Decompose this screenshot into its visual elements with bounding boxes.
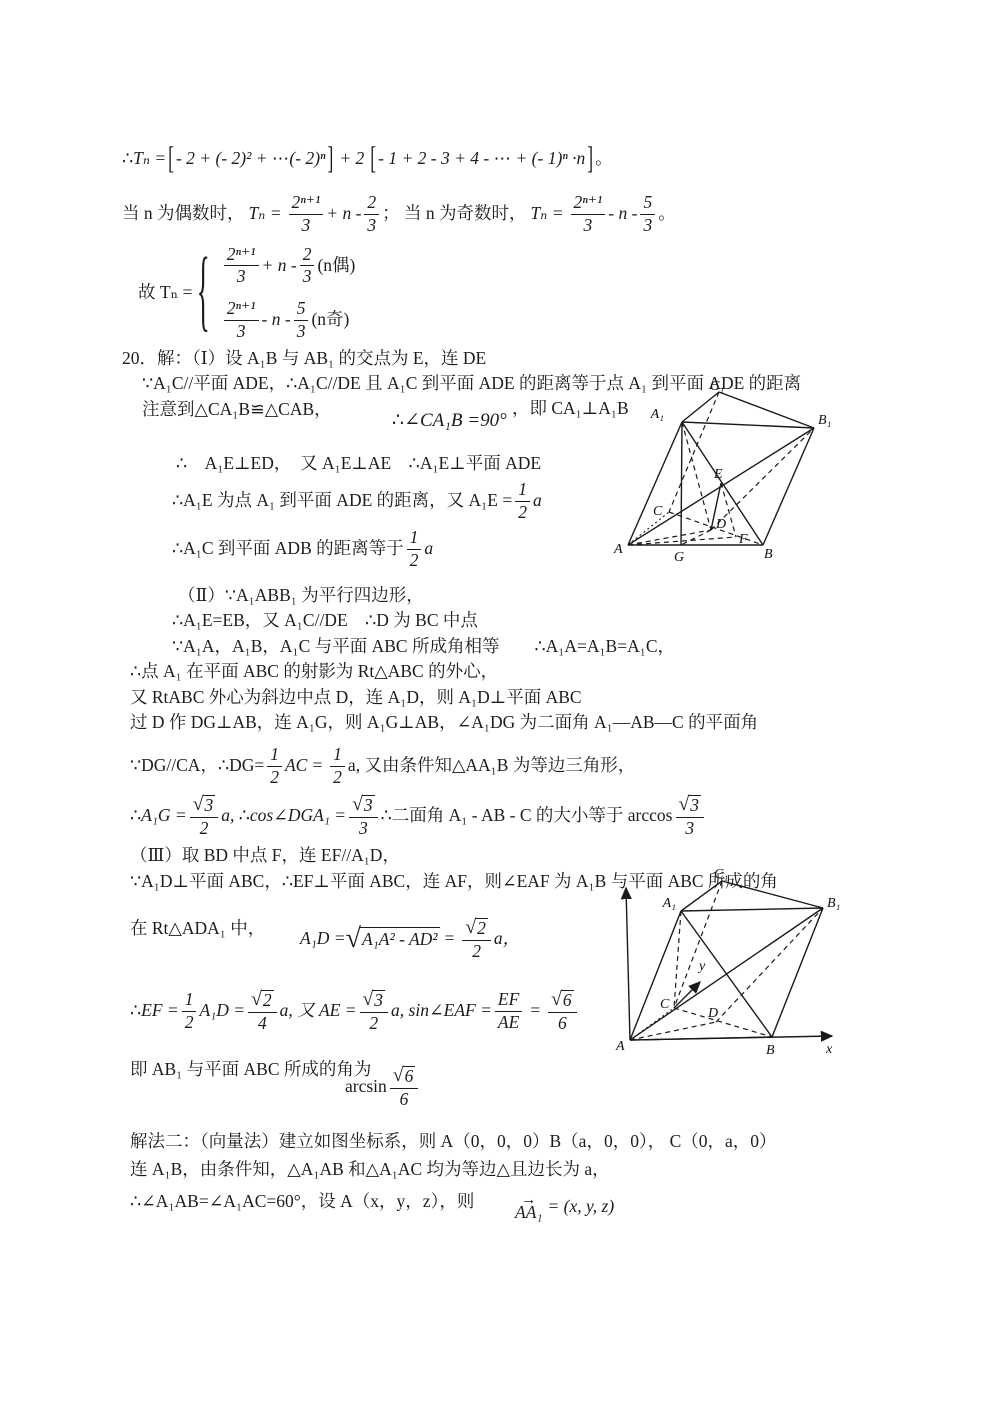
frac-den: 3: [302, 215, 311, 236]
prism-2-solid-edges: [630, 881, 823, 1040]
math-run: 。: [595, 147, 613, 171]
fraction: √33: [349, 794, 378, 839]
frac-num: 2: [364, 193, 379, 215]
line-ab1-angle: 即 AB₁ 与平面 ABC 所成的角为: [130, 1058, 371, 1082]
vertex-label-c: C: [653, 504, 663, 519]
frac-den: 3: [359, 818, 368, 839]
text-run: a, 又由条件知△AA₁B 为等边三角形，: [348, 754, 635, 778]
right-bracket: ]: [328, 138, 334, 181]
math-run: a: [424, 537, 433, 561]
line-dihedral-result: ∴A₁G = √32 a, ∴cos∠DGA₁ = √33 ∴二面角 A₁ - …: [130, 793, 707, 839]
axis-label-y: y: [697, 959, 706, 974]
line-method2: 解法二：（向量法）建立如图坐标系，则 A（0，0，0）B（a，0，0）， C（0…: [130, 1130, 777, 1154]
fraction: √33: [676, 794, 705, 839]
frac-den: 2: [410, 550, 419, 571]
frac-num: EF: [495, 990, 522, 1012]
fraction: 2ⁿ⁺¹3: [289, 193, 324, 235]
vertex-label-a1: A₁: [662, 896, 676, 911]
fraction: 12: [407, 528, 422, 570]
line-rt-triangle: 在 Rt△ADA₁ 中，: [130, 917, 265, 941]
fraction: EFAE: [495, 990, 522, 1032]
math-run: =: [311, 754, 323, 778]
axis-label-x: x: [825, 1042, 833, 1057]
fraction: 2ⁿ⁺¹3: [224, 299, 259, 341]
line-angle-90: ∴∠CA₁B =90°: [392, 408, 507, 434]
line-tn-sum: ∴Tₙ = [ - 2 + (- 2)² + ⋯(- 2)ⁿ ] + 2 [ -…: [122, 142, 613, 176]
line-a1d-formula: A₁D = √ A₁A² - AD² = √22 a，: [300, 914, 520, 964]
case-even: 2ⁿ⁺¹3 + n - 23 (n偶): [221, 245, 356, 287]
case-tag: (n奇): [311, 308, 349, 332]
math-run: + n -: [262, 254, 297, 278]
line-q20-start: 20．解：（Ⅰ）设 A₁B 与 AB₁ 的交点为 E，连 DE: [122, 347, 486, 371]
line-ef-sin: ∴EF = 12 A₁D = √24 a, 又 AE = √32 a, sin∠…: [130, 988, 580, 1034]
sqrt-radicand: 2: [261, 990, 274, 1011]
line-projection: ∴点 A₁ 在平面 ABC 的射影为 Rt△ABC 的外心，: [130, 660, 498, 684]
frac-den: 2: [185, 1012, 194, 1033]
math-run: =: [529, 999, 541, 1023]
frac-den: 2: [518, 502, 527, 523]
prism-1-dotted-edges: [628, 512, 669, 545]
frac-num: 2ⁿ⁺¹: [289, 193, 324, 215]
vector-aa1: → AA₁: [515, 1194, 542, 1220]
frac-den: 2: [472, 941, 481, 962]
sqrt-radicand: 3: [688, 795, 701, 816]
frac-num: √3: [676, 794, 705, 818]
text-run: ∵DG//CA，∴DG=: [130, 754, 264, 778]
vertex-label-b1: B₁: [827, 896, 840, 911]
fraction: 53: [640, 193, 655, 235]
vertex-label-d: D: [715, 517, 726, 532]
fraction: 53: [294, 299, 309, 341]
vertex-label-c: C: [660, 997, 670, 1012]
frac-den: 3: [685, 818, 694, 839]
math-run: + n -: [326, 202, 361, 226]
line-arcsin: arcsin √66: [345, 1063, 421, 1111]
math-run: + 2: [339, 147, 364, 171]
vertex-label-g: G: [674, 550, 684, 565]
math-run: - 2 + (- 2)² + ⋯(- 2)ⁿ: [176, 147, 326, 171]
text-run: ∴二面角 A₁ - AB - C 的大小等于 arccos: [381, 804, 673, 828]
math-run: a, ∴cos∠DGA₁ =: [221, 804, 346, 828]
math-run: - 1 + 2 - 3 + 4 - ⋯ + (- 1)ⁿ ·n: [378, 147, 585, 171]
prism-diagram-2: A₁ B₁ C₁ C D A B x y: [596, 856, 856, 1064]
fraction: √24: [248, 989, 277, 1034]
prism-diagram-1: A₁ B₁ C₁ E C D F A G B: [598, 378, 848, 570]
fraction: √32: [190, 794, 219, 839]
frac-num: 2ⁿ⁺¹: [224, 299, 259, 321]
math-run: ∴A₁G =: [130, 804, 187, 828]
frac-num: 1: [267, 745, 282, 767]
case-odd: 2ⁿ⁺¹3 - n - 53 (n奇): [221, 299, 356, 341]
fraction: √66: [548, 989, 577, 1034]
fraction: √66: [390, 1065, 419, 1110]
vertex-label-c1: C₁: [714, 867, 728, 882]
sqrt-sign: √: [346, 925, 361, 953]
line-equal-angles: ∵A₁A，A₁B，A₁C 与平面 ABC 所成角相等 ∴A₁A=A₁B=A₁C，: [172, 635, 675, 659]
vertex-label-b1: B₁: [818, 413, 831, 428]
frac-den: 2: [200, 818, 209, 839]
vertex-label-a1: A₁: [650, 407, 664, 422]
frac-num: √6: [548, 989, 577, 1013]
line-equilateral: 连 A₁B，由条件知，△A₁AB 和△A₁AC 均为等边△且边长为 a，: [130, 1158, 610, 1182]
frac-num: 2ⁿ⁺¹: [571, 193, 606, 215]
text-run: 当 n 为偶数时，: [122, 202, 245, 226]
fraction: 23: [364, 193, 379, 235]
frac-den: 6: [558, 1013, 567, 1034]
vertex-label-a: A: [615, 1039, 625, 1054]
frac-num: 5: [294, 299, 309, 321]
frac-num: 5: [640, 193, 655, 215]
line-congruent: 注意到△CA₁B≌△CAB，: [142, 398, 332, 422]
line-cases-block: 故 Tₙ = { 2ⁿ⁺¹3 + n - 23 (n偶) 2ⁿ⁺¹3 - n -…: [138, 246, 355, 340]
fraction: 23: [300, 245, 315, 287]
frac-den: 2: [270, 767, 279, 788]
frac-num: √2: [462, 917, 491, 941]
sqrt-radicand: 3: [203, 795, 216, 816]
frac-den: 3: [297, 321, 306, 342]
frac-den: 2: [369, 1013, 378, 1034]
line-vector-aa1: → AA₁ = (x, y, z): [510, 1186, 614, 1228]
frac-num: 2: [300, 245, 315, 267]
frac-den: 3: [303, 266, 312, 287]
line-a1e-distance: ∴A₁E 为点 A₁ 到平面 ADE 的距离，又 A₁E = 12 a: [172, 479, 542, 523]
case-brace: {: [197, 231, 210, 355]
frac-den: 3: [584, 215, 593, 236]
math-run: ∴EF =: [130, 999, 179, 1023]
case-tag: (n偶): [317, 254, 355, 278]
line-part3: （Ⅲ）取 BD 中点 F，连 EF//A₁D，: [130, 844, 400, 868]
math-run: = (x, y, z): [547, 1195, 614, 1219]
prism-2-hidden-edges: [630, 881, 823, 1040]
cases: 2ⁿ⁺¹3 + n - 23 (n偶) 2ⁿ⁺¹3 - n - 53 (n奇): [221, 245, 356, 341]
line-a1e-perp: ∴ A₁E⊥ED， 又 A₁E⊥AE ∴A₁E⊥平面 ADE: [176, 452, 541, 476]
math-run: AA₁: [515, 1205, 542, 1220]
line-d-midpoint: ∴A₁E=EB，又 A₁C//DE ∴D 为 BC 中点: [172, 609, 478, 633]
math-run: A₁D =: [199, 999, 245, 1023]
math-run: ∴Tₙ =: [122, 147, 166, 171]
line-a1c-distance: ∴A₁C 到平面 ADB 的距离等于 12 a: [172, 527, 433, 571]
math-run: - n -: [262, 308, 291, 332]
math-run: Tₙ =: [249, 202, 282, 226]
sqrt-radicand: 3: [372, 990, 385, 1011]
math-run: a，: [494, 927, 520, 951]
sqrt-radicand: 6: [403, 1066, 416, 1087]
sqrt-radicand: 3: [362, 795, 375, 816]
frac-den: 3: [367, 215, 376, 236]
frac-den: 3: [643, 215, 652, 236]
frac-num: √6: [390, 1065, 419, 1089]
vertex-label-c1: C₁: [710, 379, 724, 394]
line-part2: （Ⅱ）∵A₁ABB₁ 为平行四边形，: [178, 584, 424, 608]
line-dihedral-setup: 过 D 作 DG⊥AB，连 A₁G，则 A₁G⊥AB，∠A₁DG 为二面角 A₁…: [130, 711, 758, 735]
frac-num: 1: [407, 528, 422, 550]
math-run: a, sin∠EAF =: [391, 999, 492, 1023]
frac-num: √3: [190, 794, 219, 818]
line-60deg: ∴∠A₁AB=∠A₁AC=60°，设 A（x，y，z），则: [130, 1190, 474, 1214]
line-dg-parallel: ∵DG//CA，∴DG= 12 AC = 12 a, 又由条件知△AA₁B 为等…: [130, 744, 635, 788]
text-run: 。: [658, 202, 676, 226]
vertex-label-b: B: [766, 1043, 775, 1058]
vertex-label-f: F: [738, 532, 748, 547]
line-circumcenter: 又 RtABC 外心为斜边中点 D，连 A₁D，则 A₁D⊥平面 ABC: [130, 686, 582, 710]
frac-den: 2: [333, 767, 342, 788]
fraction: √22: [462, 917, 491, 962]
frac-num: 1: [330, 745, 345, 767]
sqrt-radicand: 2: [475, 918, 488, 939]
vertex-label-d: D: [707, 1006, 718, 1021]
math-run: Tₙ =: [531, 202, 564, 226]
math-run: A₁D =: [300, 927, 346, 951]
fraction: 12: [182, 990, 197, 1032]
text-run: ∴A₁C 到平面 ADB 的距离等于: [172, 537, 404, 561]
frac-den: 4: [258, 1013, 267, 1034]
math-run: a, 又 AE =: [280, 999, 357, 1023]
frac-num: √2: [248, 989, 277, 1013]
fraction: 12: [267, 745, 282, 787]
text-run: ∴A₁E 为点 A₁ 到平面 ADE 的距离，又 A₁E =: [172, 489, 512, 513]
left-bracket: [: [370, 138, 376, 181]
frac-den: 6: [400, 1089, 409, 1110]
frac-den: 3: [237, 266, 246, 287]
left-bracket: [: [168, 138, 174, 181]
frac-num: √3: [360, 989, 389, 1013]
fraction: 2ⁿ⁺¹3: [224, 245, 259, 287]
vertex-label-e: E: [713, 467, 723, 482]
fraction: 12: [330, 745, 345, 787]
math-run: arcsin: [345, 1075, 387, 1099]
vertex-label-a: A: [613, 542, 623, 557]
math-run: =: [444, 927, 456, 951]
math-run: AC: [285, 754, 307, 778]
fraction: 12: [515, 480, 530, 522]
frac-num: 2ⁿ⁺¹: [224, 245, 259, 267]
document-page: ∴Tₙ = [ - 2 + (- 2)² + ⋯(- 2)ⁿ ] + 2 [ -…: [0, 0, 1000, 1415]
math-run: a: [533, 489, 542, 513]
right-bracket: ]: [587, 138, 593, 181]
frac-den: 3: [237, 321, 246, 342]
sqrt-radicand: A₁A² - AD²: [360, 927, 440, 952]
frac-num: √3: [349, 794, 378, 818]
frac-num: 1: [515, 480, 530, 502]
frac-num: 1: [182, 990, 197, 1012]
text-run: 故 Tₙ =: [138, 281, 192, 305]
text-run: ； 当 n 为奇数时，: [382, 202, 526, 226]
frac-den: AE: [498, 1012, 519, 1033]
sqrt-radicand: 6: [561, 990, 574, 1011]
math-run: - n -: [608, 202, 637, 226]
vertex-label-b: B: [764, 547, 773, 562]
fraction: 2ⁿ⁺¹3: [571, 193, 606, 235]
fraction: √32: [360, 989, 389, 1034]
